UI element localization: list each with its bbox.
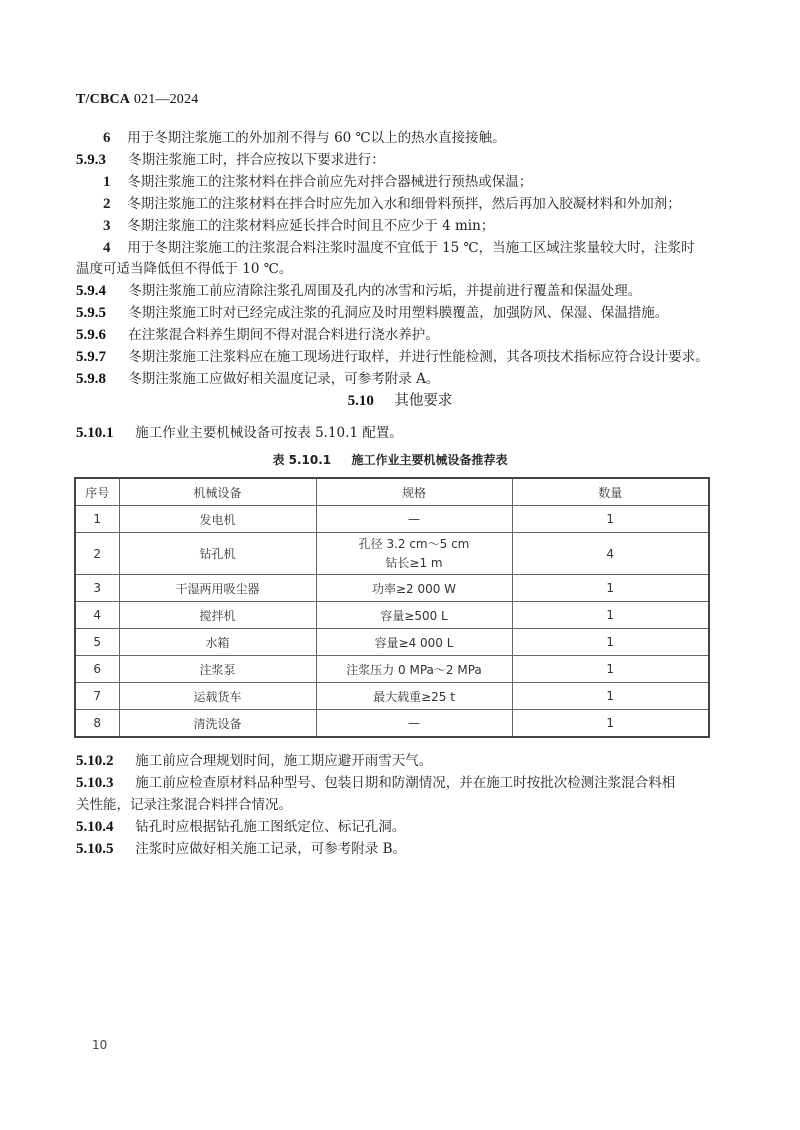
table-caption-title: 施工作业主要机械设备推荐表 xyxy=(352,453,508,467)
cell-qty: 1 xyxy=(512,506,709,533)
cell-no: 5 xyxy=(75,629,119,656)
clause-text: 注浆时应做好相关施工记录，可参考附录 B。 xyxy=(135,841,406,857)
cell-no: 6 xyxy=(75,656,119,683)
clause-5-9-8: 5.9.8 冬期注浆施工应做好相关温度记录，可参考附录 A。 xyxy=(76,369,439,389)
clause-5-10-3: 5.10.3 施工前应检查原材料品种型号、包装日期和防潮情况，并在施工时按批次检… xyxy=(76,773,675,793)
clause-5-10-4: 5.10.4 钻孔时应根据钻孔施工图纸定位、标记孔洞。 xyxy=(76,817,405,837)
clause-text: 冬期注浆施工注浆料应在施工现场进行取样，并进行性能检测，其各项技术指标应符合设计… xyxy=(128,349,709,365)
page-number: 10 xyxy=(92,1038,107,1052)
clause-number: 5.10.5 xyxy=(76,839,131,859)
cell-no: 1 xyxy=(75,506,119,533)
standard-code: T/CBCA 021—2024 xyxy=(76,92,198,108)
table-row: 3 干湿两用吸尘器 功率≥2 000 W 1 xyxy=(75,575,709,602)
cell-equipment: 发电机 xyxy=(119,506,316,533)
cell-equipment: 钻孔机 xyxy=(119,533,316,575)
item-text: 用于冬期注浆施工的外加剂不得与 60 ℃以上的热水直接接触。 xyxy=(127,130,505,146)
cell-spec: 功率≥2 000 W xyxy=(316,575,512,602)
clause-number: 5.9.6 xyxy=(76,325,124,345)
cell-equipment: 注浆泵 xyxy=(119,656,316,683)
table-caption-number: 表 5.10.1 xyxy=(272,453,331,467)
clause-number: 5.10.2 xyxy=(76,751,131,771)
clause-number: 5.10.4 xyxy=(76,817,131,837)
standard-code-prefix: T/CBCA xyxy=(76,92,130,107)
header-no: 序号 xyxy=(75,478,119,506)
cell-no: 2 xyxy=(75,533,119,575)
clause-5-10-1: 5.10.1 施工作业主要机械设备可按表 5.10.1 配置。 xyxy=(76,423,403,443)
item-text: 冬期注浆施工的注浆材料在拌合时应先加入水和细骨料预拌，然后再加入胶凝材料和外加剂… xyxy=(127,196,681,212)
cell-spec: — xyxy=(316,506,512,533)
cell-spec: 最大载重≥25 t xyxy=(316,683,512,710)
clause-text: 在注浆混合料养生期间不得对混合料进行浇水养护。 xyxy=(128,327,439,343)
clause-5-9-6: 5.9.6 在注浆混合料养生期间不得对混合料进行浇水养护。 xyxy=(76,325,439,345)
clause-5-10-5: 5.10.5 注浆时应做好相关施工记录，可参考附录 B。 xyxy=(76,839,406,859)
clause-number: 5.10.1 xyxy=(76,423,131,443)
cell-qty: 1 xyxy=(512,656,709,683)
table-row: 6 注浆泵 注浆压力 0 MPa～2 MPa 1 xyxy=(75,656,709,683)
clause-5-9-3: 5.9.3 冬期注浆施工时，拌合应按以下要求进行： xyxy=(76,150,385,170)
clause-number: 5.9.5 xyxy=(76,303,124,323)
clause-5-9-3-item-1: 1 冬期注浆施工的注浆材料在拌合前应先对拌合器械进行预热或保温； xyxy=(103,172,532,192)
clause-text: 钻孔时应根据钻孔施工图纸定位、标记孔洞。 xyxy=(135,819,405,835)
item-6: 6 用于冬期注浆施工的外加剂不得与 60 ℃以上的热水直接接触。 xyxy=(103,128,506,148)
item-text: 冬期注浆施工的注浆材料在拌合前应先对拌合器械进行预热或保温； xyxy=(127,174,532,190)
cell-spec: 孔径 3.2 cm～5 cm 钻长≥1 m xyxy=(316,533,512,575)
section-heading-5-10: 5.10 其他要求 xyxy=(0,390,800,412)
clause-5-10-2: 5.10.2 施工前应合理规划时间，施工期应避开雨雪天气。 xyxy=(76,751,432,771)
header-spec: 规格 xyxy=(316,478,512,506)
table-header-row: 序号 机械设备 规格 数量 xyxy=(75,478,709,506)
table-row: 5 水箱 容量≥4 000 L 1 xyxy=(75,629,709,656)
header-equipment: 机械设备 xyxy=(119,478,316,506)
section-title: 其他要求 xyxy=(394,393,452,409)
spec-line: 钻长≥1 m xyxy=(317,554,512,573)
clause-number: 5.9.3 xyxy=(76,150,124,170)
cell-equipment: 干湿两用吸尘器 xyxy=(119,575,316,602)
cell-qty: 1 xyxy=(512,683,709,710)
item-number: 1 xyxy=(103,172,123,192)
clause-number: 5.10.3 xyxy=(76,773,131,793)
cell-equipment: 运载货车 xyxy=(119,683,316,710)
clause-5-9-3-item-4: 4 用于冬期注浆施工的注浆混合料注浆时温度不宜低于 15 ℃，当施工区域注浆量较… xyxy=(103,238,695,258)
table-row: 1 发电机 — 1 xyxy=(75,506,709,533)
cell-equipment: 清洗设备 xyxy=(119,710,316,738)
clause-text: 冬期注浆施工应做好相关温度记录，可参考附录 A。 xyxy=(128,371,439,387)
cell-no: 4 xyxy=(75,602,119,629)
clause-text: 施工前应合理规划时间，施工期应避开雨雪天气。 xyxy=(135,753,432,769)
clause-5-9-4: 5.9.4 冬期注浆施工前应清除注浆孔周围及孔内的冰雪和污垢，并提前进行覆盖和保… xyxy=(76,281,641,301)
table-caption: 表 5.10.1 施工作业主要机械设备推荐表 xyxy=(0,452,780,468)
cell-spec: 容量≥4 000 L xyxy=(316,629,512,656)
cell-spec: 注浆压力 0 MPa～2 MPa xyxy=(316,656,512,683)
cell-equipment: 搅拌机 xyxy=(119,602,316,629)
clause-5-9-5: 5.9.5 冬期注浆施工时对已经完成注浆的孔洞应及时用塑料膜覆盖，加强防风、保湿… xyxy=(76,303,668,323)
table-row: 8 清洗设备 — 1 xyxy=(75,710,709,738)
clause-text: 施工前应检查原材料品种型号、包装日期和防潮情况，并在施工时按批次检测注浆混合料相 xyxy=(135,775,675,791)
clause-5-9-3-item-4-continuation: 温度可适当降低但不得低于 10 ℃。 xyxy=(76,259,292,279)
item-number: 3 xyxy=(103,216,123,236)
standard-code-suffix: 021—2024 xyxy=(134,92,199,107)
clause-5-10-3-continuation: 关性能，记录注浆混合料拌合情况。 xyxy=(76,795,292,815)
clause-5-9-3-item-3: 3 冬期注浆施工的注浆材料应延长拌合时间且不应少于 4 min； xyxy=(103,216,494,236)
clause-number: 5.9.8 xyxy=(76,369,124,389)
table-row: 7 运载货车 最大载重≥25 t 1 xyxy=(75,683,709,710)
cell-no: 3 xyxy=(75,575,119,602)
clause-5-9-3-item-2: 2 冬期注浆施工的注浆材料在拌合时应先加入水和细骨料预拌，然后再加入胶凝材料和外… xyxy=(103,194,681,214)
header-qty: 数量 xyxy=(512,478,709,506)
spec-line: 孔径 3.2 cm～5 cm xyxy=(317,535,512,554)
cell-equipment: 水箱 xyxy=(119,629,316,656)
item-number: 2 xyxy=(103,194,123,214)
clause-number: 5.9.4 xyxy=(76,281,124,301)
item-text: 用于冬期注浆施工的注浆混合料注浆时温度不宜低于 15 ℃，当施工区域注浆量较大时… xyxy=(127,240,694,256)
cell-spec: 容量≥500 L xyxy=(316,602,512,629)
equipment-table: 序号 机械设备 规格 数量 1 发电机 — 1 2 钻孔机 孔径 3.2 cm～… xyxy=(74,477,710,738)
item-text: 冬期注浆施工的注浆材料应延长拌合时间且不应少于 4 min； xyxy=(127,218,494,234)
cell-no: 7 xyxy=(75,683,119,710)
clause-5-9-7: 5.9.7 冬期注浆施工注浆料应在施工现场进行取样，并进行性能检测，其各项技术指… xyxy=(76,347,709,367)
section-number: 5.10 xyxy=(348,393,374,409)
item-number: 6 xyxy=(103,128,123,148)
cell-qty: 1 xyxy=(512,575,709,602)
clause-text: 冬期注浆施工前应清除注浆孔周围及孔内的冰雪和污垢，并提前进行覆盖和保温处理。 xyxy=(128,283,641,299)
clause-text: 施工作业主要机械设备可按表 5.10.1 配置。 xyxy=(135,425,403,441)
cell-spec: — xyxy=(316,710,512,738)
table-row: 4 搅拌机 容量≥500 L 1 xyxy=(75,602,709,629)
clause-text: 冬期注浆施工时对已经完成注浆的孔洞应及时用塑料膜覆盖，加强防风、保湿、保温措施。 xyxy=(128,305,668,321)
cell-qty: 1 xyxy=(512,710,709,738)
cell-qty: 1 xyxy=(512,602,709,629)
cell-no: 8 xyxy=(75,710,119,738)
cell-qty: 1 xyxy=(512,629,709,656)
clause-number: 5.9.7 xyxy=(76,347,124,367)
table-row: 2 钻孔机 孔径 3.2 cm～5 cm 钻长≥1 m 4 xyxy=(75,533,709,575)
cell-qty: 4 xyxy=(512,533,709,575)
item-number: 4 xyxy=(103,238,123,258)
clause-text: 冬期注浆施工时，拌合应按以下要求进行： xyxy=(128,152,385,168)
